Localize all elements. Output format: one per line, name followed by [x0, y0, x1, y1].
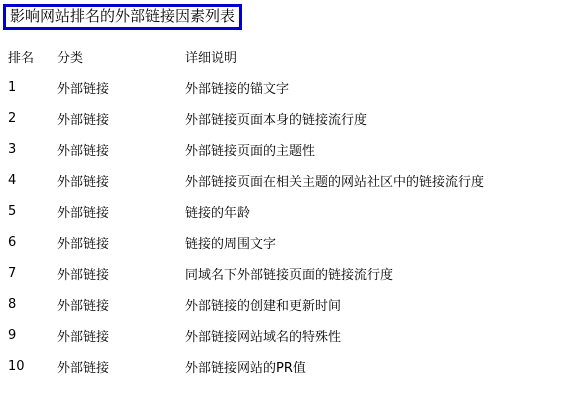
- table-row: 6外部链接链接的周围文字: [8, 227, 560, 258]
- description-cell: 链接的年龄: [185, 196, 560, 227]
- category-cell: 外部链接: [57, 134, 185, 165]
- description-cell: 外部链接页面的主题性: [185, 134, 560, 165]
- category-cell: 外部链接: [57, 72, 185, 103]
- description-cell: 外部链接网站域名的特殊性: [185, 320, 560, 351]
- category-cell: 外部链接: [57, 165, 185, 196]
- table-row: 10外部链接外部链接网站的PR值: [8, 351, 560, 382]
- rank-cell: 4: [8, 165, 57, 196]
- description-cell: 外部链接的锚文字: [185, 72, 560, 103]
- description-cell: 外部链接网站的PR值: [185, 351, 560, 382]
- description-cell: 外部链接页面在相关主题的网站社区中的链接流行度: [185, 165, 560, 196]
- table-row: 5外部链接链接的年龄: [8, 196, 560, 227]
- description-cell: 同域名下外部链接页面的链接流行度: [185, 258, 560, 289]
- page: 影响网站排名的外部链接因素列表 排名 分类 详细说明 1外部链接外部链接的锚文字…: [0, 0, 566, 394]
- description-cell: 外部链接的创建和更新时间: [185, 289, 560, 320]
- header-description: 详细说明: [185, 41, 560, 72]
- rank-cell: 6: [8, 227, 57, 258]
- header-rank: 排名: [8, 41, 57, 72]
- page-title: 影响网站排名的外部链接因素列表: [3, 4, 242, 30]
- rank-cell: 9: [8, 320, 57, 351]
- category-cell: 外部链接: [57, 351, 185, 382]
- rank-cell: 8: [8, 289, 57, 320]
- rank-cell: 5: [8, 196, 57, 227]
- table-row: 2外部链接外部链接页面本身的链接流行度: [8, 103, 560, 134]
- table-row: 1外部链接外部链接的锚文字: [8, 72, 560, 103]
- rank-cell: 2: [8, 103, 57, 134]
- rank-cell: 7: [8, 258, 57, 289]
- rank-cell: 10: [8, 351, 57, 382]
- table-row: 4外部链接外部链接页面在相关主题的网站社区中的链接流行度: [8, 165, 560, 196]
- header-category: 分类: [57, 41, 185, 72]
- table-row: 7外部链接同域名下外部链接页面的链接流行度: [8, 258, 560, 289]
- rank-cell: 3: [8, 134, 57, 165]
- category-cell: 外部链接: [57, 320, 185, 351]
- category-cell: 外部链接: [57, 103, 185, 134]
- table-row: 3外部链接外部链接页面的主题性: [8, 134, 560, 165]
- factors-table: 排名 分类 详细说明 1外部链接外部链接的锚文字2外部链接外部链接页面本身的链接…: [8, 41, 560, 382]
- table-head: 排名 分类 详细说明: [8, 41, 560, 72]
- table-row: 9外部链接外部链接网站域名的特殊性: [8, 320, 560, 351]
- category-cell: 外部链接: [57, 258, 185, 289]
- category-cell: 外部链接: [57, 196, 185, 227]
- category-cell: 外部链接: [57, 289, 185, 320]
- table-header-row: 排名 分类 详细说明: [8, 41, 560, 72]
- description-cell: 外部链接页面本身的链接流行度: [185, 103, 560, 134]
- category-cell: 外部链接: [57, 227, 185, 258]
- description-cell: 链接的周围文字: [185, 227, 560, 258]
- table-body: 1外部链接外部链接的锚文字2外部链接外部链接页面本身的链接流行度3外部链接外部链…: [8, 72, 560, 382]
- rank-cell: 1: [8, 72, 57, 103]
- table-row: 8外部链接外部链接的创建和更新时间: [8, 289, 560, 320]
